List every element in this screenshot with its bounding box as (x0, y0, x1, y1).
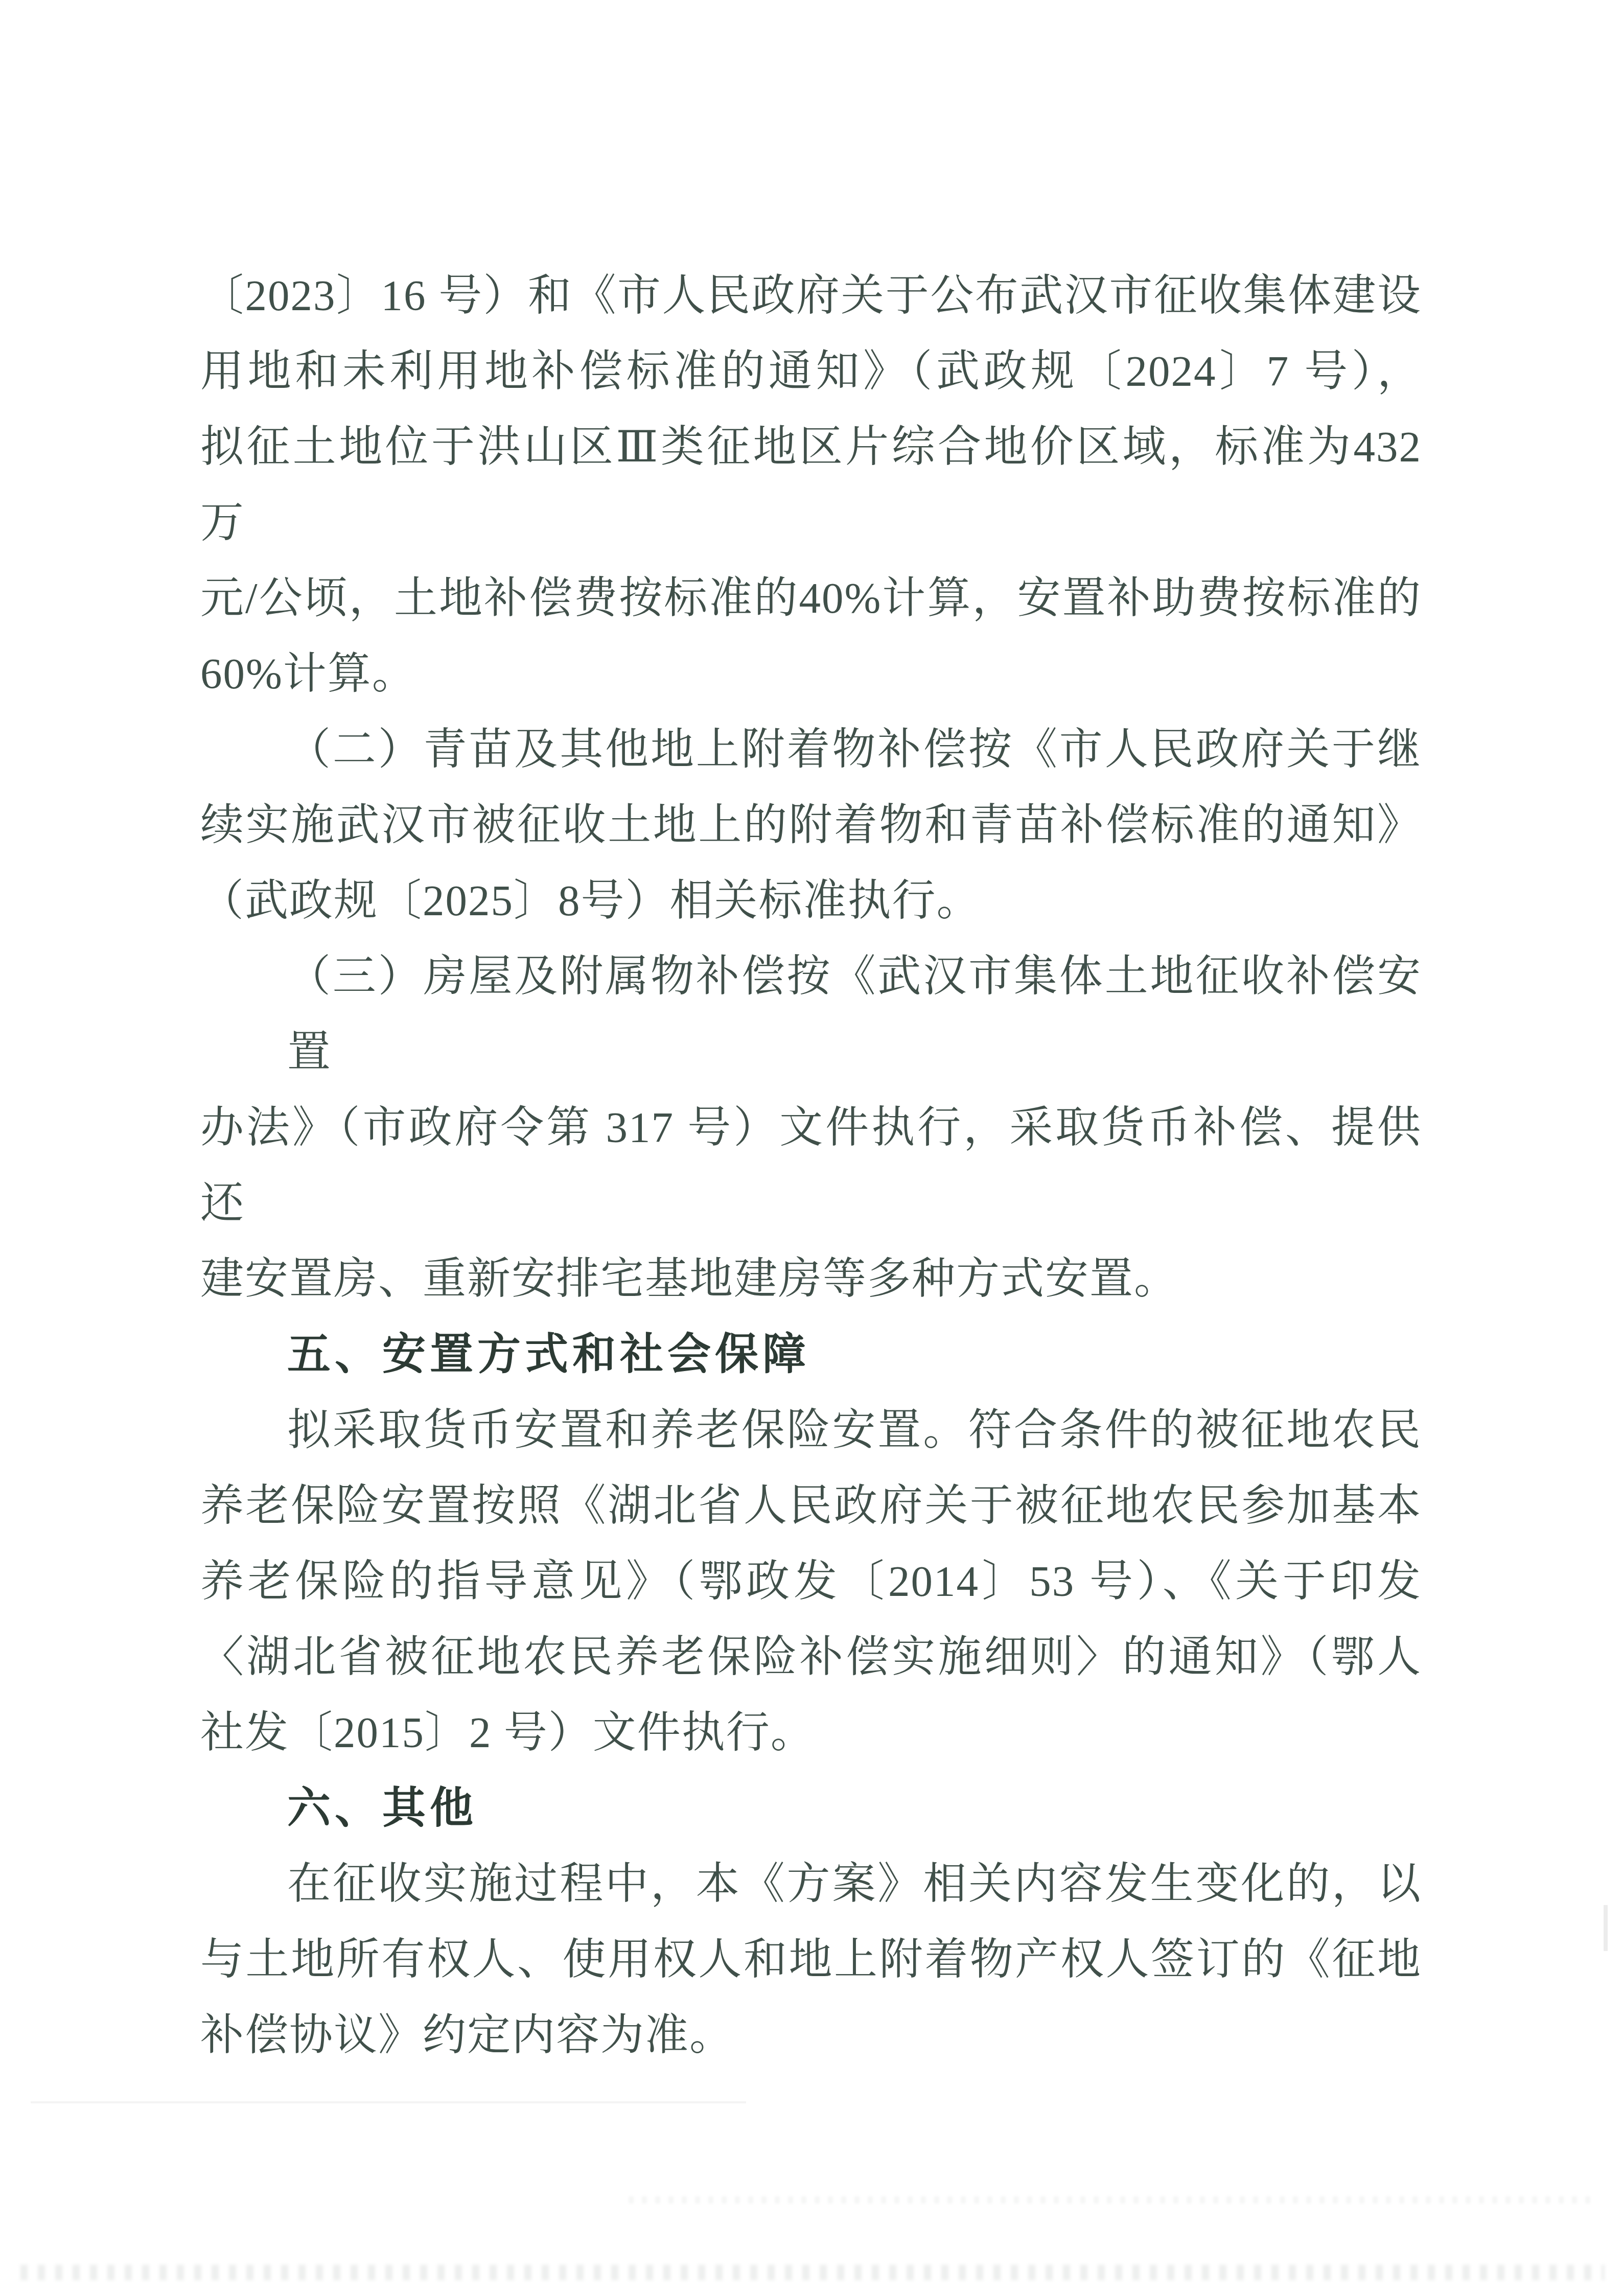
text-line: 在征收实施过程中，本《方案》相关内容发生变化的，以 (200, 1846, 1422, 1922)
text-line: 建安置房、重新安排宅基地建房等多种方式安置。 (200, 1241, 1422, 1317)
text-line: 补偿协议》约定内容为准。 (200, 1998, 1422, 2073)
text-line: 拟征土地位于洪山区Ⅲ类征地区片综合地价区域，标准为432万 (200, 409, 1422, 561)
text-line: 续实施武汉市被征收土地上的附着物和青苗补偿标准的通知》 (200, 787, 1422, 863)
text-line: 社发〔2015〕2 号）文件执行。 (200, 1695, 1422, 1771)
text-line: 养老保险的指导意见》（鄂政发〔2014〕53 号）、《关于印发 (200, 1544, 1422, 1619)
text-line: （武政规〔2025〕8号）相关标准执行。 (200, 863, 1422, 939)
text-line: 〈湖北省被征地农民养老保险补偿实施细则〉的通知》（鄂人 (200, 1619, 1422, 1695)
text-line: 60%计算。 (200, 636, 1422, 712)
document-text-block: 〔2023〕16 号）和《市人民政府关于公布武汉市征收集体建设用地和未利用地补偿… (200, 258, 1422, 2073)
text-line: 养老保险安置按照《湖北省人民政府关于被征地农民参加基本 (200, 1468, 1422, 1544)
scan-artifact-bleedthrough-upper (629, 2196, 1594, 2204)
document-page: 〔2023〕16 号）和《市人民政府关于公布武汉市征收集体建设用地和未利用地补偿… (0, 0, 1623, 2296)
text-line: （三）房屋及附属物补偿按《武汉市集体土地征收补偿安置 (200, 939, 1422, 1090)
scan-artifact-hairline (31, 2101, 746, 2103)
text-line: （二）青苗及其他地上附着物补偿按《市人民政府关于继 (200, 712, 1422, 787)
scan-artifact-bleedthrough-lower (20, 2265, 1605, 2280)
text-line: 〔2023〕16 号）和《市人民政府关于公布武汉市征收集体建设 (200, 258, 1422, 334)
text-line: 与土地所有权人、使用权人和地上附着物产权人签订的《征地 (200, 1922, 1422, 1998)
scan-artifact-edge-mark (1604, 1905, 1608, 1951)
text-line: 元/公顷，土地补偿费按标准的40%计算，安置补助费按标准的 (200, 561, 1422, 636)
text-line: 拟采取货币安置和养老保险安置。符合条件的被征地农民 (200, 1393, 1422, 1468)
text-line: 办法》（市政府令第 317 号）文件执行，采取货币补偿、提供还 (200, 1090, 1422, 1241)
heading-line: 六、其他 (200, 1771, 1422, 1846)
text-line: 用地和未利用地补偿标准的通知》（武政规〔2024〕7 号）， (200, 334, 1422, 409)
heading-line: 五、安置方式和社会保障 (200, 1317, 1422, 1393)
